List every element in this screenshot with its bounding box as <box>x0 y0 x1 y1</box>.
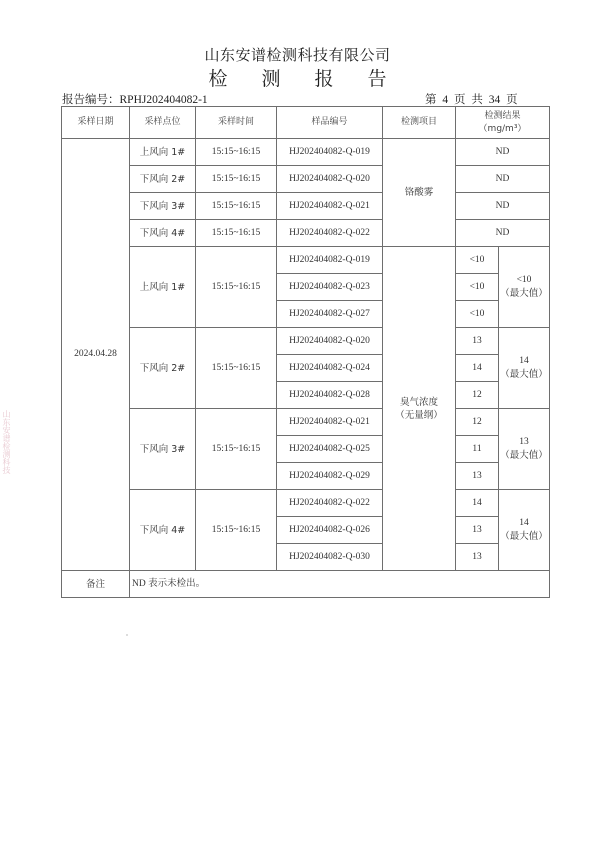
sample-id: HJ202404082-Q-024 <box>277 355 383 382</box>
table-row: 下风向 2#15:15~16:15HJ202404082-Q-020ND <box>62 166 550 193</box>
header-sampling-time: 采样时间 <box>196 107 277 139</box>
note-row: 备注ND 表示未检出。 <box>62 571 550 598</box>
max-value: <10（最大值） <box>499 247 550 328</box>
sample-id: HJ202404082-Q-019 <box>277 247 383 274</box>
document-title: 检 测 报 告 <box>0 64 595 91</box>
test-value: 12 <box>456 409 499 436</box>
sampling-time: 15:15~16:15 <box>196 247 277 328</box>
sampling-point: 上风向 1# <box>130 247 196 328</box>
test-item-chromic-acid-mist: 铬酸雾 <box>383 139 456 247</box>
test-item-odor: 臭气浓度（无量纲） <box>383 247 456 571</box>
sampling-time: 15:15~16:15 <box>196 328 277 409</box>
sampling-time: 15:15~16:15 <box>196 409 277 490</box>
test-value: 13 <box>456 544 499 571</box>
sample-id: HJ202404082-Q-025 <box>277 436 383 463</box>
max-value: 13（最大值） <box>499 409 550 490</box>
sample-id: HJ202404082-Q-022 <box>277 490 383 517</box>
test-result: ND <box>456 139 550 166</box>
max-value-number: 13 <box>499 436 549 449</box>
sampling-point: 下风向 2# <box>130 166 196 193</box>
header-test-item: 检测项目 <box>383 107 456 139</box>
test-value: 13 <box>456 328 499 355</box>
sample-id: HJ202404082-Q-020 <box>277 328 383 355</box>
sampling-time: 15:15~16:15 <box>196 220 277 247</box>
table-header-row: 采样日期 采样点位 采样时间 样品编号 检测项目 检测结果 （mg/m³） <box>62 107 550 139</box>
sampling-point: 下风向 3# <box>130 409 196 490</box>
table-row: 下风向 3#15:15~16:15HJ202404082-Q-021ND <box>62 193 550 220</box>
sampling-time: 15:15~16:15 <box>196 193 277 220</box>
test-value: 13 <box>456 463 499 490</box>
odor-item-unit: （无量纲） <box>383 409 455 422</box>
table-row: 上风向 1#15:15~16:15HJ202404082-Q-019臭气浓度（无… <box>62 247 550 274</box>
sampling-point: 上风向 1# <box>130 139 196 166</box>
sample-id: HJ202404082-Q-029 <box>277 463 383 490</box>
header-result-unit: （mg/m³） <box>456 123 549 136</box>
test-result: ND <box>456 166 550 193</box>
header-result-label: 检测结果 <box>456 110 549 123</box>
max-value-number: <10 <box>499 274 549 287</box>
sample-id: HJ202404082-Q-020 <box>277 166 383 193</box>
table-row: 2024.04.28上风向 1#15:15~16:15HJ202404082-Q… <box>62 139 550 166</box>
max-value-label: （最大值） <box>499 530 549 543</box>
max-value: 14（最大值） <box>499 328 550 409</box>
sample-id: HJ202404082-Q-030 <box>277 544 383 571</box>
odor-item-label: 臭气浓度 <box>383 396 455 409</box>
test-value: 14 <box>456 490 499 517</box>
sample-id: HJ202404082-Q-021 <box>277 409 383 436</box>
stamp-mark: 山东安谱检测科技 <box>0 410 12 510</box>
max-value-number: 14 <box>499 517 549 530</box>
test-value: <10 <box>456 274 499 301</box>
max-value-number: 14 <box>499 355 549 368</box>
test-value: <10 <box>456 247 499 274</box>
report-number: 报告编号：RPHJ202404082-1 <box>62 91 208 107</box>
sample-id: HJ202404082-Q-023 <box>277 274 383 301</box>
sample-id: HJ202404082-Q-027 <box>277 301 383 328</box>
note-text: ND 表示未检出。 <box>130 571 550 598</box>
table-row: 下风向 4#15:15~16:15HJ202404082-Q-022ND <box>62 220 550 247</box>
sampling-point: 下风向 3# <box>130 193 196 220</box>
header-sample-id: 样品编号 <box>277 107 383 139</box>
max-value-label: （最大值） <box>499 368 549 381</box>
max-value-label: （最大值） <box>499 449 549 462</box>
test-value: 13 <box>456 517 499 544</box>
test-value: <10 <box>456 301 499 328</box>
sample-id: HJ202404082-Q-022 <box>277 220 383 247</box>
test-result: ND <box>456 193 550 220</box>
table-row: 下风向 4#15:15~16:15HJ202404082-Q-0221414（最… <box>62 490 550 517</box>
test-value: 14 <box>456 355 499 382</box>
header-test-result: 检测结果 （mg/m³） <box>456 107 550 139</box>
test-value: 11 <box>456 436 499 463</box>
table-row: 下风向 2#15:15~16:15HJ202404082-Q-0201314（最… <box>62 328 550 355</box>
results-table: 采样日期 采样点位 采样时间 样品编号 检测项目 检测结果 （mg/m³） 20… <box>61 106 550 598</box>
max-value-label: （最大值） <box>499 287 549 300</box>
sample-id: HJ202404082-Q-028 <box>277 382 383 409</box>
sampling-point: 下风向 4# <box>130 220 196 247</box>
page-number: 第 4 页 共 34 页 <box>425 91 518 107</box>
test-value: 12 <box>456 382 499 409</box>
note-label: 备注 <box>62 571 130 598</box>
sample-id: HJ202404082-Q-021 <box>277 193 383 220</box>
sampling-point: 下风向 4# <box>130 490 196 571</box>
sampling-time: 15:15~16:15 <box>196 490 277 571</box>
sampling-time: 15:15~16:15 <box>196 166 277 193</box>
sampling-date: 2024.04.28 <box>62 139 130 571</box>
sample-id: HJ202404082-Q-019 <box>277 139 383 166</box>
header-sampling-date: 采样日期 <box>62 107 130 139</box>
scan-artifact <box>126 634 128 636</box>
sample-id: HJ202404082-Q-026 <box>277 517 383 544</box>
company-name: 山东安谱检测科技有限公司 <box>0 44 595 65</box>
sampling-point: 下风向 2# <box>130 328 196 409</box>
test-result: ND <box>456 220 550 247</box>
table-row: 下风向 3#15:15~16:15HJ202404082-Q-0211213（最… <box>62 409 550 436</box>
max-value: 14（最大值） <box>499 490 550 571</box>
header-sampling-point: 采样点位 <box>130 107 196 139</box>
sampling-time: 15:15~16:15 <box>196 139 277 166</box>
